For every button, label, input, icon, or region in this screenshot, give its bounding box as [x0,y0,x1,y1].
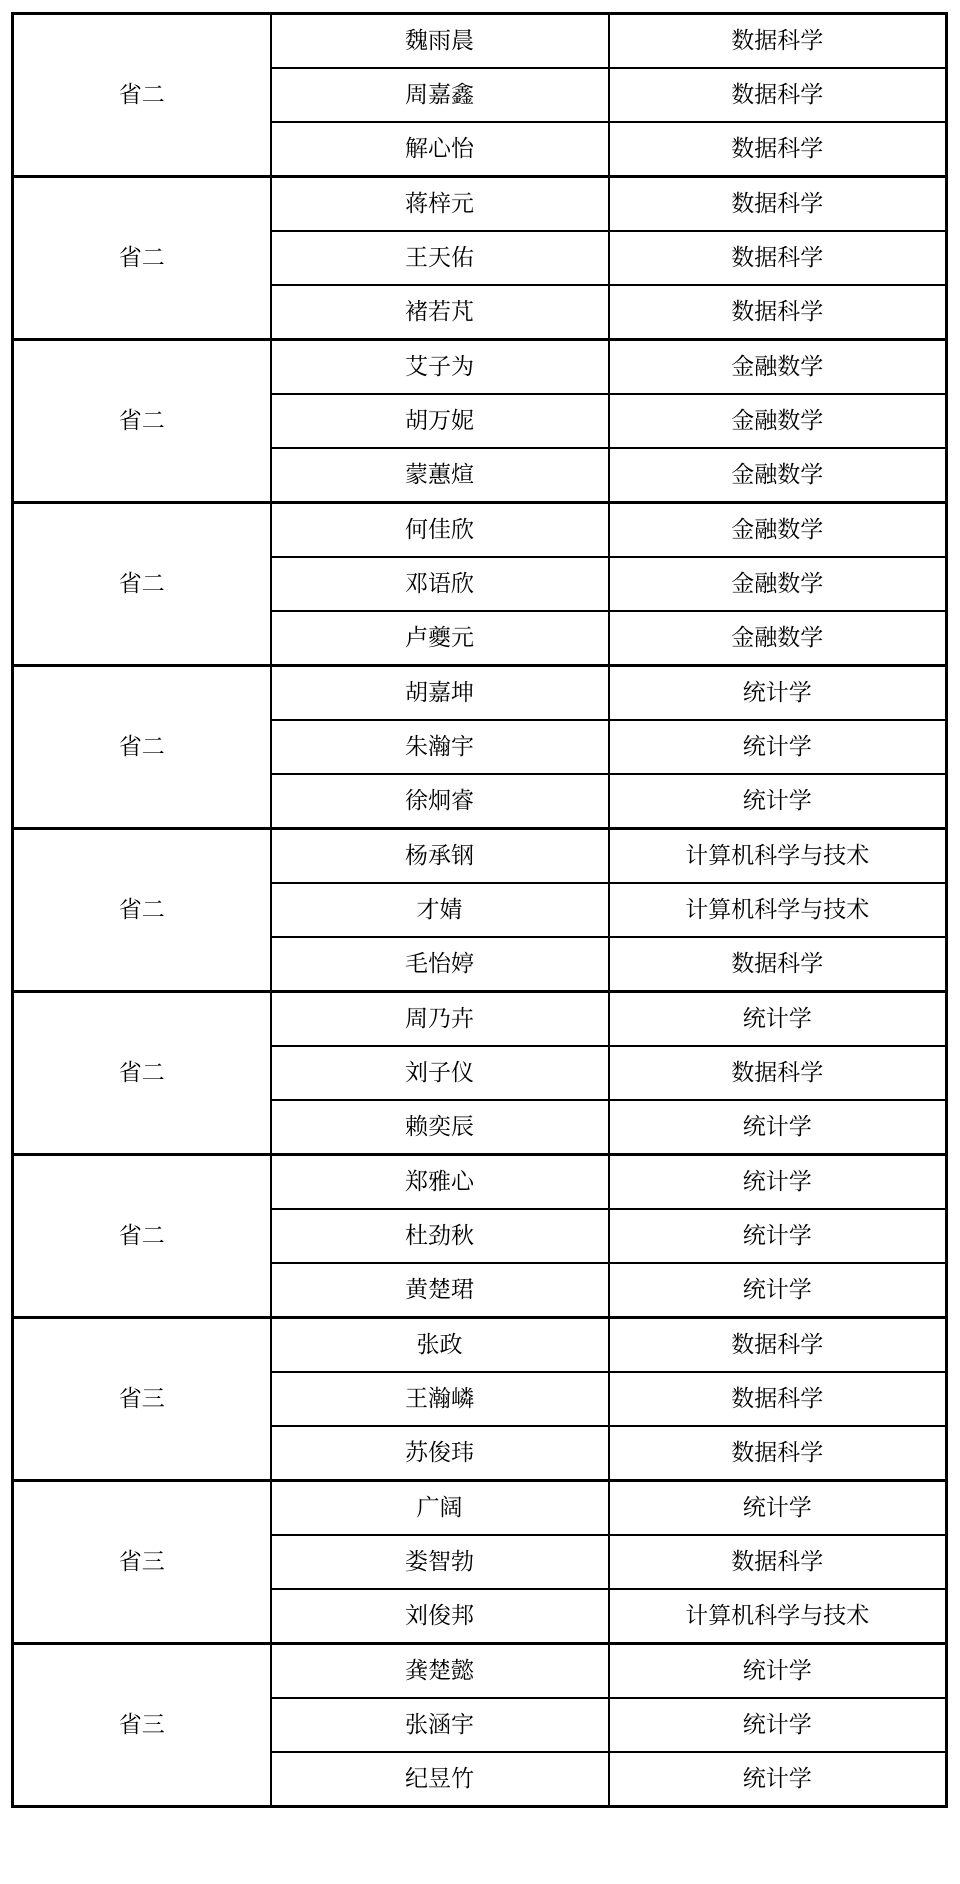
major-cell: 数据科学 [609,1318,947,1373]
major-cell: 计算机科学与技术 [609,883,947,937]
award-level-cell: 省二 [13,14,271,177]
major-cell: 金融数学 [609,448,947,503]
major-cell: 金融数学 [609,340,947,395]
major-cell: 计算机科学与技术 [609,829,947,884]
award-level-cell: 省三 [13,1481,271,1644]
student-name-cell: 纪昱竹 [271,1752,609,1807]
student-name-cell: 周嘉鑫 [271,68,609,122]
student-name-cell: 杜劲秋 [271,1209,609,1263]
award-level-cell: 省二 [13,992,271,1155]
award-level-cell: 省二 [13,1155,271,1318]
table-row: 省三龚楚懿统计学 [13,1644,947,1699]
student-name-cell: 徐炯睿 [271,774,609,829]
major-cell: 数据科学 [609,14,947,69]
student-name-cell: 刘俊邦 [271,1589,609,1644]
major-cell: 统计学 [609,666,947,721]
student-name-cell: 蒙蕙煊 [271,448,609,503]
major-cell: 数据科学 [609,937,947,992]
award-level-cell: 省二 [13,340,271,503]
award-level-cell: 省二 [13,666,271,829]
student-name-cell: 何佳欣 [271,503,609,558]
award-level-cell: 省三 [13,1318,271,1481]
award-level-cell: 省三 [13,1644,271,1807]
major-cell: 数据科学 [609,231,947,285]
table-row: 省二魏雨晨数据科学 [13,14,947,69]
major-cell: 数据科学 [609,1372,947,1426]
student-name-cell: 王天佑 [271,231,609,285]
student-name-cell: 艾子为 [271,340,609,395]
student-name-cell: 朱瀚宇 [271,720,609,774]
major-cell: 数据科学 [609,285,947,340]
major-cell: 统计学 [609,774,947,829]
major-cell: 数据科学 [609,1535,947,1589]
major-cell: 统计学 [609,720,947,774]
student-name-cell: 褚若芃 [271,285,609,340]
major-cell: 金融数学 [609,557,947,611]
major-cell: 计算机科学与技术 [609,1589,947,1644]
major-cell: 统计学 [609,1752,947,1807]
student-name-cell: 张涵宇 [271,1698,609,1752]
student-name-cell: 刘子仪 [271,1046,609,1100]
award-level-cell: 省二 [13,829,271,992]
table-row: 省二艾子为金融数学 [13,340,947,395]
major-cell: 统计学 [609,1698,947,1752]
student-name-cell: 魏雨晨 [271,14,609,69]
major-cell: 统计学 [609,1209,947,1263]
table-row: 省三广阔统计学 [13,1481,947,1536]
student-name-cell: 龚楚懿 [271,1644,609,1699]
student-name-cell: 解心怡 [271,122,609,177]
student-name-cell: 邓语欣 [271,557,609,611]
major-cell: 金融数学 [609,503,947,558]
table-row: 省二胡嘉坤统计学 [13,666,947,721]
student-name-cell: 张政 [271,1318,609,1373]
student-name-cell: 毛怡婷 [271,937,609,992]
major-cell: 数据科学 [609,177,947,232]
student-name-cell: 娄智勃 [271,1535,609,1589]
major-cell: 数据科学 [609,122,947,177]
award-table-body: 省二魏雨晨数据科学周嘉鑫数据科学解心怡数据科学省二蒋梓元数据科学王天佑数据科学褚… [13,14,947,1807]
major-cell: 统计学 [609,992,947,1047]
student-name-cell: 黄楚珺 [271,1263,609,1318]
award-table: 省二魏雨晨数据科学周嘉鑫数据科学解心怡数据科学省二蒋梓元数据科学王天佑数据科学褚… [11,12,948,1808]
student-name-cell: 胡嘉坤 [271,666,609,721]
table-row: 省二何佳欣金融数学 [13,503,947,558]
student-name-cell: 郑雅心 [271,1155,609,1210]
major-cell: 统计学 [609,1100,947,1155]
student-name-cell: 胡万妮 [271,394,609,448]
student-name-cell: 蒋梓元 [271,177,609,232]
major-cell: 统计学 [609,1155,947,1210]
student-name-cell: 周乃卉 [271,992,609,1047]
major-cell: 数据科学 [609,1046,947,1100]
major-cell: 统计学 [609,1263,947,1318]
table-row: 省二杨承钢计算机科学与技术 [13,829,947,884]
table-row: 省二周乃卉统计学 [13,992,947,1047]
award-level-cell: 省二 [13,177,271,340]
major-cell: 统计学 [609,1644,947,1699]
major-cell: 统计学 [609,1481,947,1536]
student-name-cell: 卢夔元 [271,611,609,666]
student-name-cell: 杨承钢 [271,829,609,884]
major-cell: 金融数学 [609,394,947,448]
major-cell: 数据科学 [609,68,947,122]
table-row: 省二蒋梓元数据科学 [13,177,947,232]
table-row: 省二郑雅心统计学 [13,1155,947,1210]
award-level-cell: 省二 [13,503,271,666]
student-name-cell: 赖奕辰 [271,1100,609,1155]
student-name-cell: 广阔 [271,1481,609,1536]
student-name-cell: 苏俊玮 [271,1426,609,1481]
student-name-cell: 王瀚嶙 [271,1372,609,1426]
major-cell: 数据科学 [609,1426,947,1481]
student-name-cell: 才婧 [271,883,609,937]
major-cell: 金融数学 [609,611,947,666]
table-row: 省三张政数据科学 [13,1318,947,1373]
